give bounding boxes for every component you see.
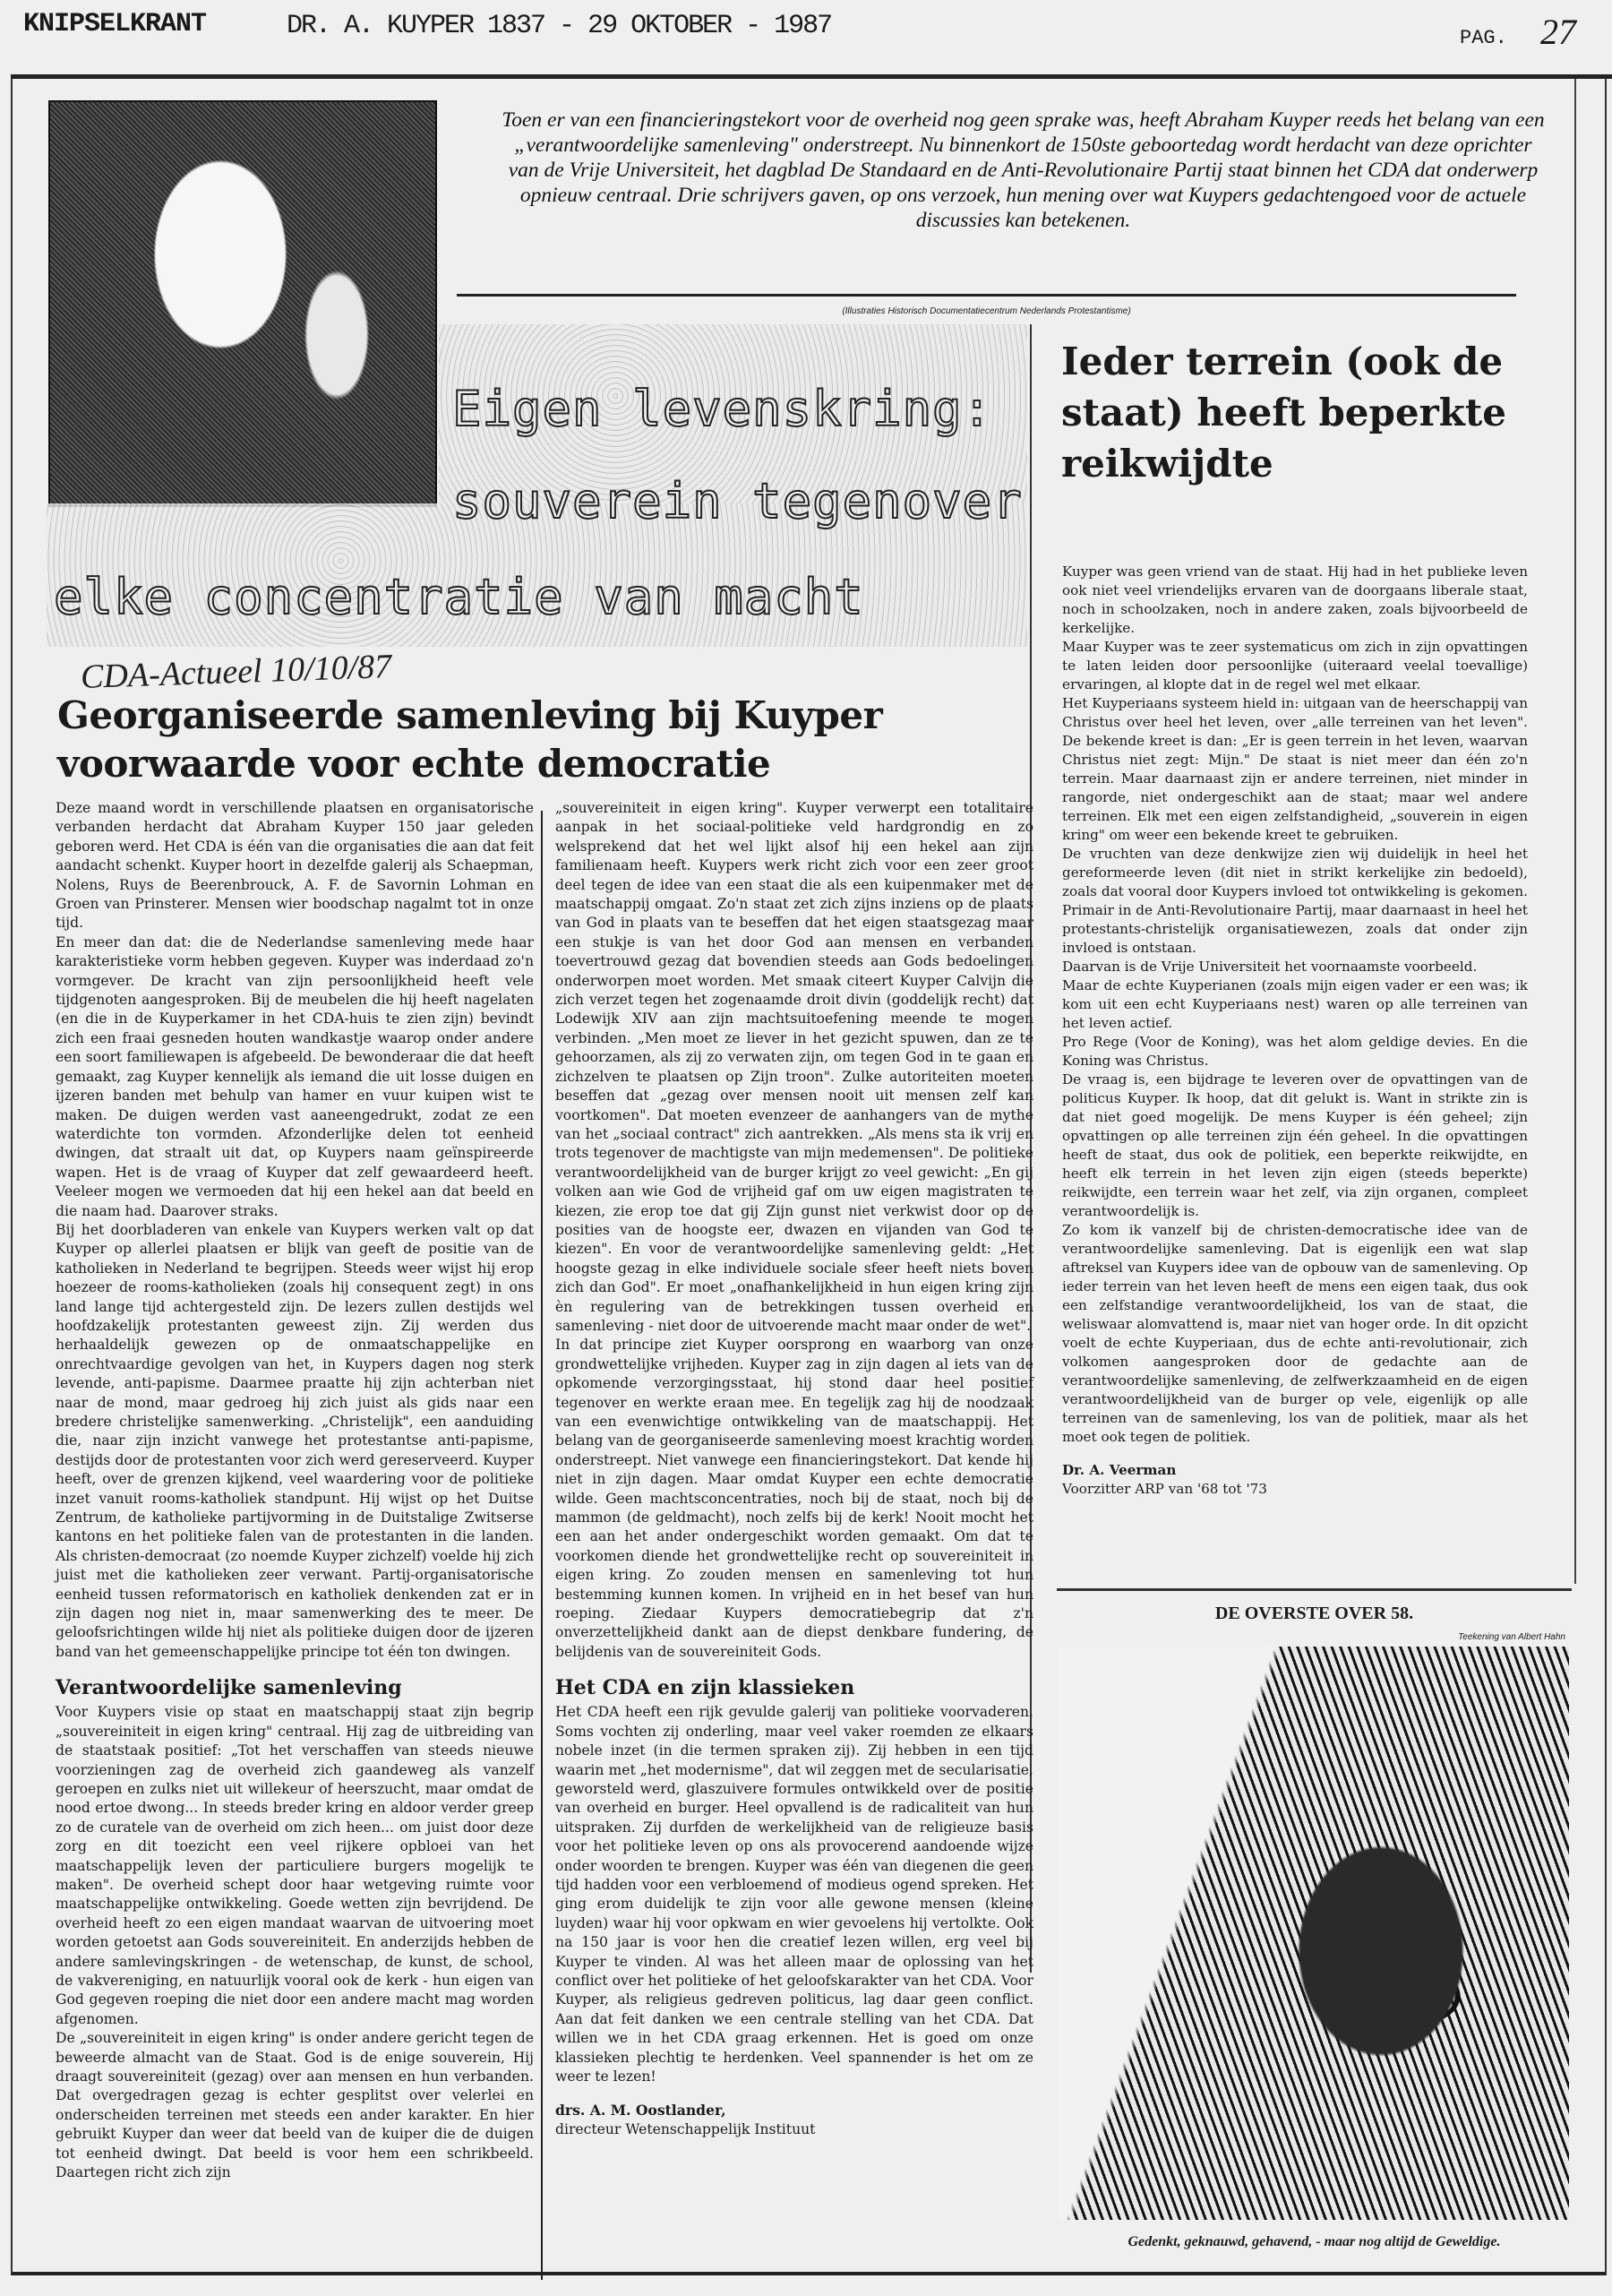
paragraph: Het Kuyperiaans systeem hield in: uitgaa… xyxy=(1062,694,1528,845)
intro-rule xyxy=(457,294,1516,297)
subject-line: DR. A. KUYPER 1837 - 29 OKTOBER - 1987 xyxy=(287,11,831,41)
paragraph: „souvereiniteit in eigen kring". Kuyper … xyxy=(555,799,1033,1336)
banner-line-2: souverein tegenover xyxy=(452,473,1023,529)
right-frame-rule xyxy=(1574,79,1576,1584)
kuyper-caricature-image xyxy=(1059,1647,1569,2220)
paragraph: Voor Kuypers visie op staat en maatschap… xyxy=(56,1703,534,2029)
banner-line-3: elke concentratie van macht xyxy=(54,569,864,625)
paragraph: In dat principe ziet Kuyper oorsprong en… xyxy=(555,1336,1033,1662)
paragraph: Het CDA heeft een rijk gevulde galerij v… xyxy=(555,1703,1033,2086)
paragraph: Deze maand wordt in verschillende plaats… xyxy=(56,799,534,933)
cartoon-rule xyxy=(1057,1588,1572,1591)
paragraph: Bij het doorbladeren van enkele van Kuyp… xyxy=(56,1221,534,1662)
paragraph: De „souvereiniteit in eigen kring" is on… xyxy=(56,2029,534,2182)
subheading-cda-klassieken: Het CDA en zijn klassieken xyxy=(555,1674,1033,1701)
article1-column-2: „souvereiniteit in eigen kring". Kuyper … xyxy=(555,799,1033,2139)
column-divider-left xyxy=(541,811,543,2280)
subheading-verantwoordelijke: Verantwoordelijke samenleving xyxy=(56,1674,534,1701)
intro-text: Toen er van een financieringstekort voor… xyxy=(502,107,1545,233)
author-name: Dr. A. Veerman xyxy=(1062,1461,1528,1480)
illustration-credit: (Illustraties Historisch Documentatiecen… xyxy=(457,306,1516,316)
author-title: directeur Wetenschappelijk Instituut xyxy=(555,2120,1033,2139)
publication-name: KNIPSELKRANT xyxy=(23,9,206,39)
cartoon-title: DE OVERSTE OVER 58. xyxy=(1057,1604,1572,1624)
paragraph: De vraag is, een bijdrage te leveren ove… xyxy=(1062,1071,1528,1221)
paragraph: Daarvan is de Vrije Universiteit het voo… xyxy=(1062,958,1528,976)
article2-headline: Ieder terrein (ook de staat) heeft beper… xyxy=(1061,336,1563,489)
page-label: PAG. xyxy=(1460,27,1507,49)
cartoon-caption: Gedenkt, geknauwd, gehavend, - maar nog … xyxy=(1057,2234,1572,2250)
article1-column-1: Deze maand wordt in verschillende plaats… xyxy=(56,799,534,2182)
article1-headline: Georganiseerde samenleving bij Kuyper vo… xyxy=(57,692,1042,788)
cartoon-credit: Teekening van Albert Hahn xyxy=(1057,1632,1565,1642)
page-number: 27 xyxy=(1540,11,1576,53)
banner-line-1: Eigen levenskring: xyxy=(452,381,992,437)
paragraph: Pro Rege (Voor de Koning), was het alom … xyxy=(1062,1033,1528,1071)
kuyper-portrait-image xyxy=(48,100,437,507)
paragraph: Kuyper was geen vriend van de staat. Hij… xyxy=(1062,563,1528,638)
paragraph: En meer dan dat: die de Nederlandse same… xyxy=(56,933,534,1221)
author-title: Voorzitter ARP van '68 tot '73 xyxy=(1062,1480,1528,1499)
paragraph: De vruchten van deze denkwijze zien wij … xyxy=(1062,845,1528,958)
paragraph: Zo kom ik vanzelf bij de christen-democr… xyxy=(1062,1221,1528,1447)
article2-body: Kuyper was geen vriend van de staat. Hij… xyxy=(1062,563,1528,1499)
paragraph: Maar Kuyper was te zeer systematicus om … xyxy=(1062,638,1528,694)
author-name: drs. A. M. Oostlander, xyxy=(555,2101,1033,2120)
paragraph: Maar de echte Kuyperianen (zoals mijn ei… xyxy=(1062,976,1528,1033)
